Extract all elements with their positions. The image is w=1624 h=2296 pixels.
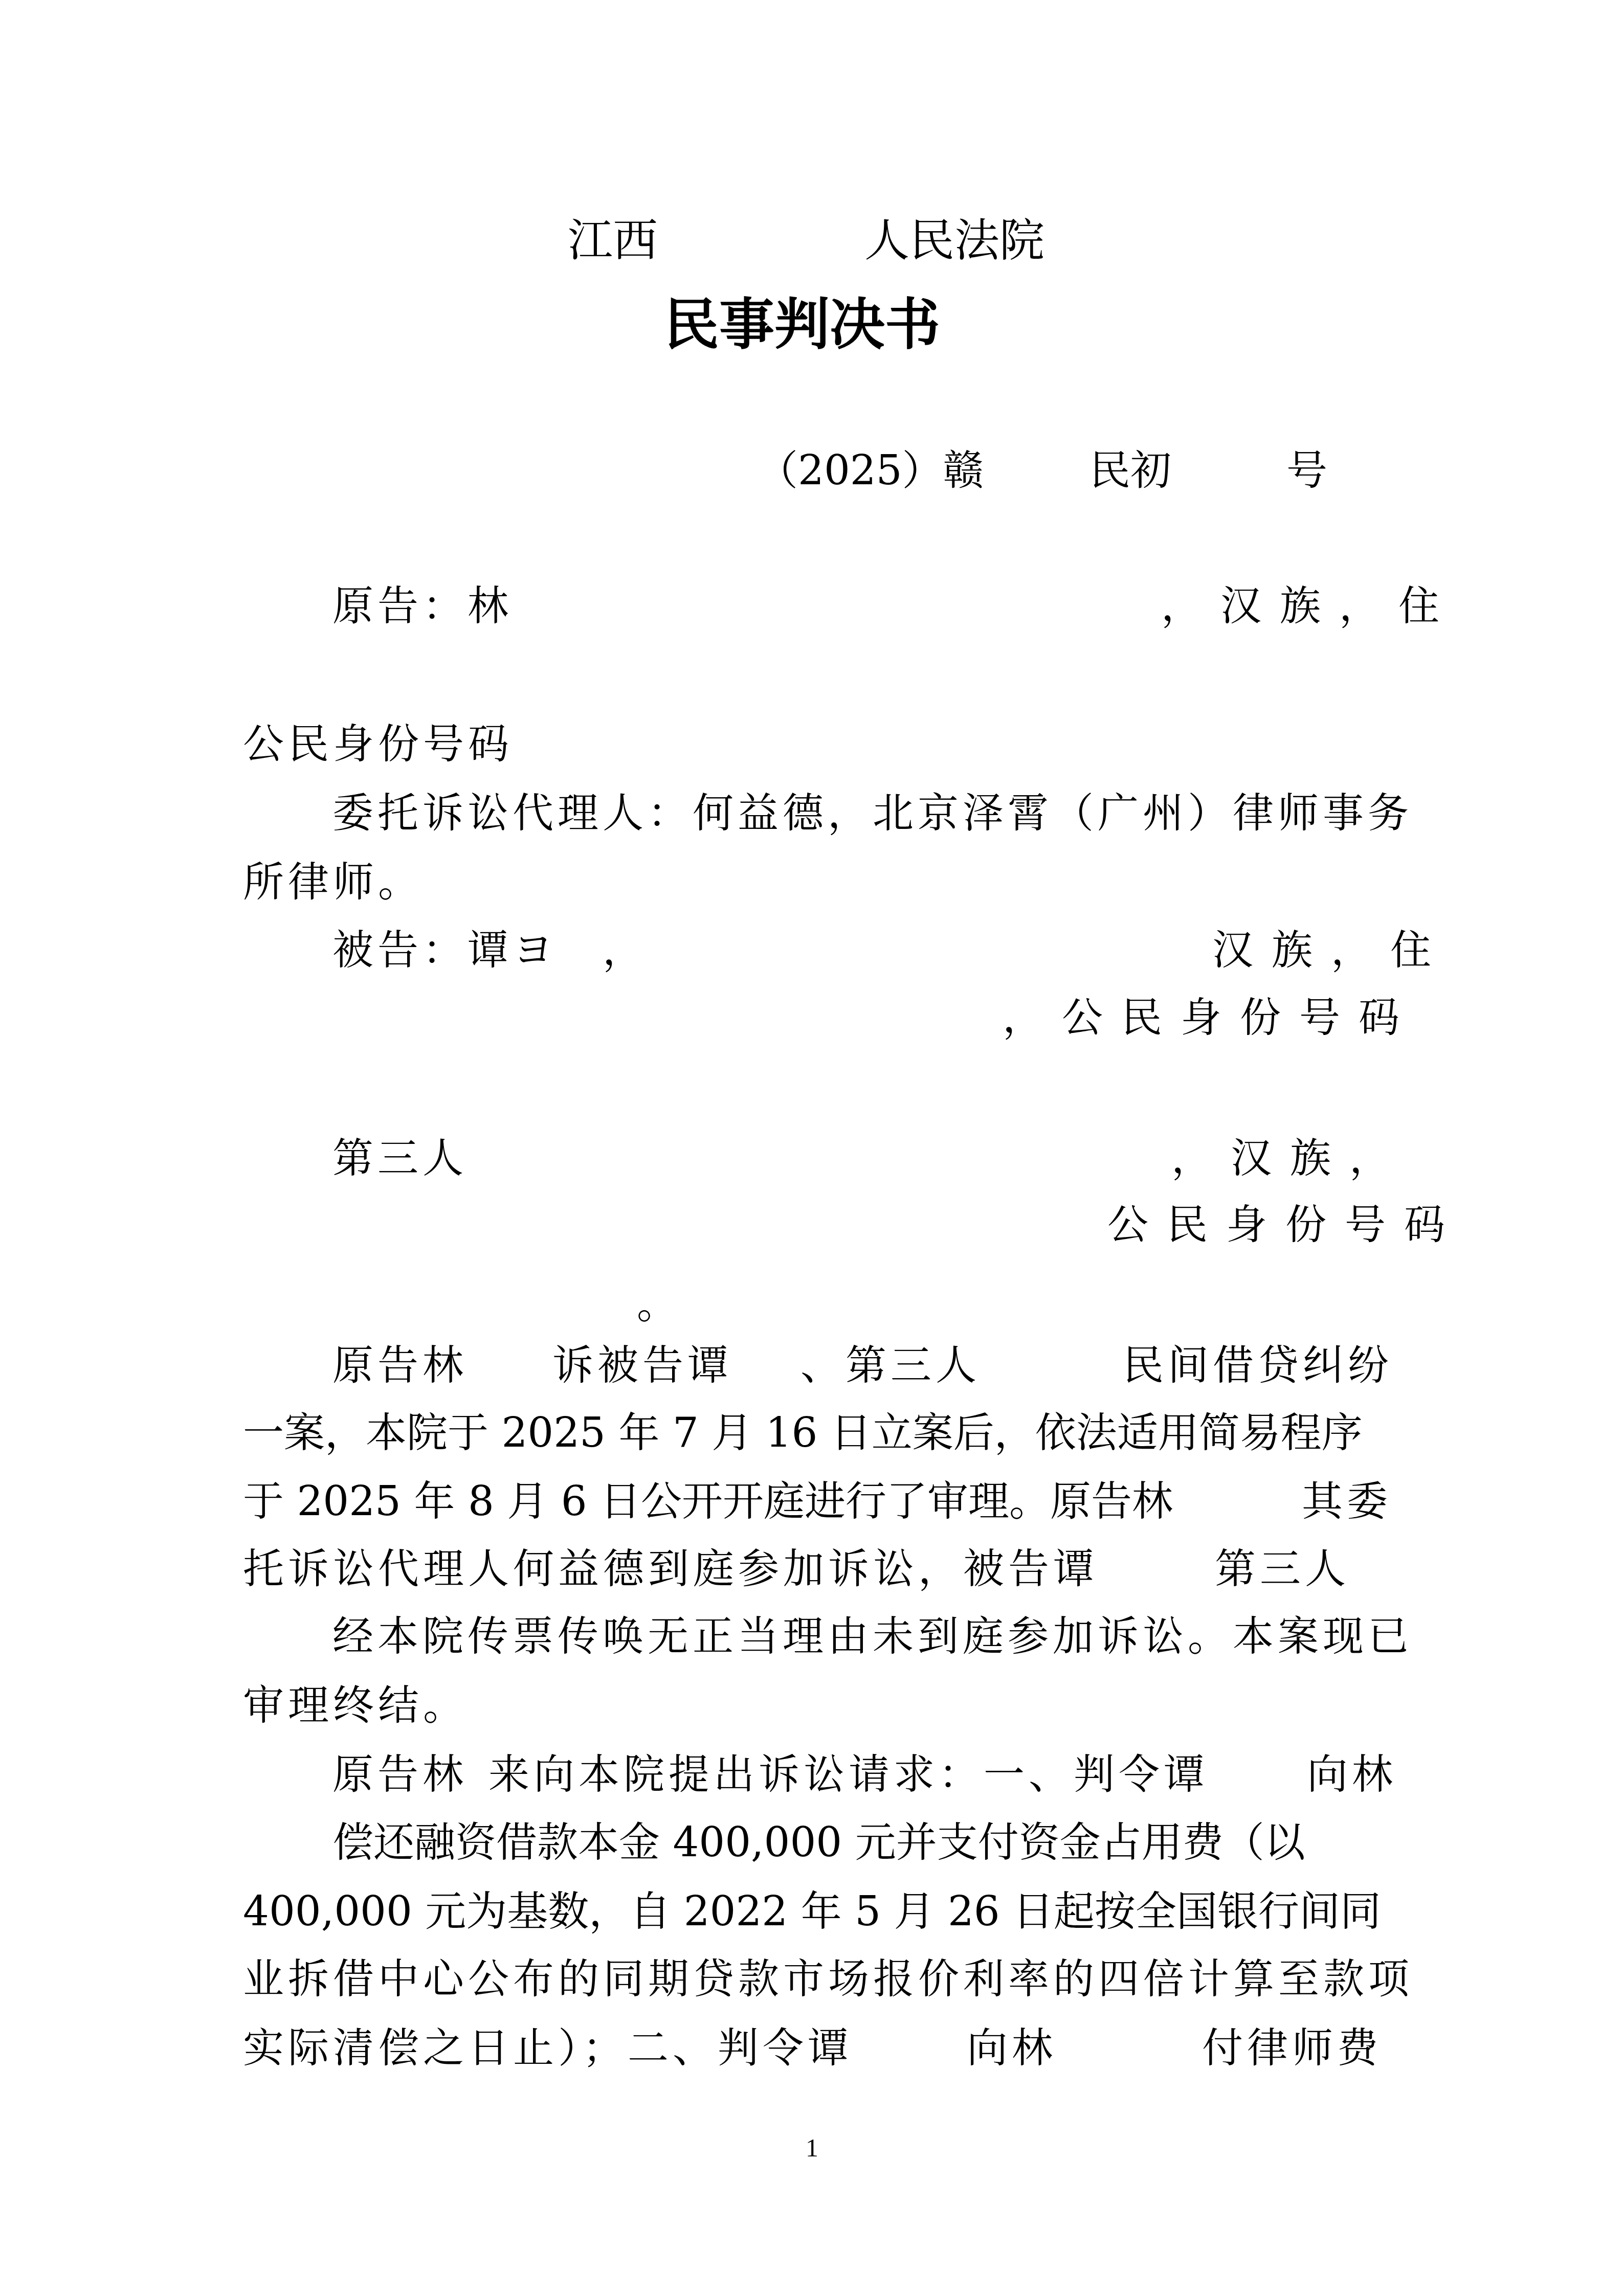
p1-line1-b: 诉被告谭 bbox=[552, 1340, 732, 1391]
document-title: 民事判决书 bbox=[664, 291, 940, 358]
p1-line3-b: 其委 bbox=[1302, 1476, 1392, 1527]
plaintiff-ethnicity-address: ，汉族，住 bbox=[1161, 580, 1458, 632]
p2-line1-b: 来向本院提出诉讼请求：一、判令谭 bbox=[488, 1749, 1209, 1800]
p1-line3-a: 于 2025 年 8 月 6 日公开开庭进行了审理。原告林 bbox=[243, 1476, 1173, 1527]
p1-line4-b: 第三人 bbox=[1215, 1543, 1350, 1594]
case-number-type: 民初 bbox=[1089, 445, 1171, 496]
defendant-id-label: ，公民身份号码 bbox=[1003, 992, 1418, 1043]
defendant-ethnicity-address: 汉族，住 bbox=[1212, 925, 1450, 976]
p2-line4: 业拆借中心公布的同期贷款市场报价利率的四倍计算至款项 bbox=[243, 1953, 1413, 2005]
p1-line1-a: 原告林 bbox=[332, 1340, 468, 1391]
third-party-label: 第三人 bbox=[332, 1133, 468, 1184]
agent-line-1: 委托诉讼代理人：何益德，北京泽霄（广州）律师事务 bbox=[332, 787, 1413, 839]
p1-line4-a: 托诉讼代理人何益德到庭参加诉讼，被告谭 bbox=[243, 1543, 1098, 1594]
p1-line1-d: 民间借贷纠纷 bbox=[1123, 1340, 1393, 1391]
p2-line2: 偿还融资借款本金 400,000 元并支付资金占用费（以 bbox=[332, 1817, 1305, 1868]
plaintiff-label: 原告：林 bbox=[332, 580, 513, 632]
p1-line6: 审理终结。 bbox=[243, 1680, 468, 1731]
p2-line5-c: 付律师费 bbox=[1202, 2022, 1382, 2074]
case-number-suffix: 号 bbox=[1286, 445, 1327, 496]
p2-line5-a: 实际清偿之日止）；二、判令谭 bbox=[243, 2022, 853, 2074]
page-number: 1 bbox=[806, 2132, 818, 2184]
p1-line5: 经本院传票传唤无正当理由未到庭参加诉讼。本案现已 bbox=[332, 1611, 1413, 1662]
third-party-id-label: 公民身份号码 bbox=[1107, 1199, 1463, 1250]
third-party-end-mark: 。 bbox=[637, 1278, 678, 1330]
plaintiff-id-label: 公民身份号码 bbox=[243, 718, 513, 770]
third-party-ethnicity: ，汉族， bbox=[1171, 1133, 1409, 1184]
court-name-prefix: 江西 bbox=[568, 215, 658, 266]
court-name-suffix: 人民法院 bbox=[864, 215, 1044, 266]
p2-line5-b: 向林 bbox=[967, 2022, 1057, 2074]
defendant-label: 被告：谭ヨ ， bbox=[332, 925, 648, 976]
p1-line1-c: 、第三人 bbox=[800, 1340, 981, 1391]
case-number-year: （2025）赣 bbox=[757, 445, 984, 496]
agent-line-2: 所律师。 bbox=[243, 857, 423, 908]
p2-line3: 400,000 元为基数，自 2022 年 5 月 26 日起按全国银行间同 bbox=[243, 1886, 1381, 1937]
p2-line1-c: 向林 bbox=[1307, 1749, 1397, 1800]
p1-line2: 一案，本院于 2025 年 7 月 16 日立案后，依法适用简易程序 bbox=[243, 1407, 1363, 1458]
p2-line1-a: 原告林 bbox=[332, 1749, 468, 1800]
